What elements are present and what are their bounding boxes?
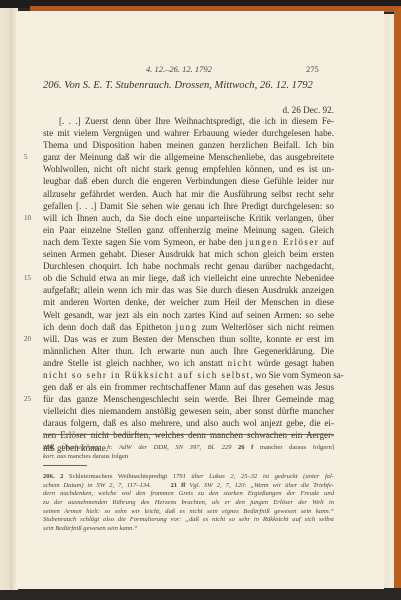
line-text: ich denn doch daß das Epitheton	[43, 322, 176, 332]
line-text: vielleicht dies niemandem anstößig gewes…	[43, 406, 334, 416]
text-line: nen Erlöser nicht bedürften, welches den…	[43, 429, 334, 441]
line-text: gefallen [. . .] Damit Sie sehen wie gen…	[43, 201, 334, 211]
text-line: nach dem Texte sagen Sie vom Symeon, er …	[43, 236, 334, 248]
letter-body: [. . .] Zuerst denn über Ihre Weihnachts…	[43, 115, 334, 454]
apparatus-line-ref: 26 f	[238, 444, 253, 451]
textual-apparatus: 206. Überlieferung: h: AdW der DDR, SN 3…	[43, 444, 334, 461]
line-text: für das ganze Menschengeschlecht sein we…	[43, 394, 334, 404]
text-line: Durchlesen choquirt. Ich habe nochmals r…	[43, 260, 334, 272]
line-text: ste mit vielem Vergnügen und wahrer Erba…	[43, 128, 334, 138]
line-text: auf	[319, 237, 334, 247]
text-line: 10will ich Ihnen auch, da Sie doch eine …	[43, 212, 334, 224]
text-line: männlichen Alter thun. Ich erwarte nun a…	[43, 345, 334, 357]
commentary-divider	[43, 465, 87, 466]
commentary-text: dern nachdenken, welche wol den frommen …	[43, 490, 334, 499]
line-text: ob die Schuld etwa an mir liege, daß ich…	[43, 273, 334, 283]
commentary-text: zu der ausnehmenden Rührung des Herzens …	[43, 499, 334, 508]
book-cover-edge-right	[394, 8, 401, 592]
text-line: allzusehr gefährdet werden. Auch hat mir…	[43, 188, 334, 200]
apparatus-note: manches daraus folgen	[68, 453, 128, 460]
line-text: Wohlwollen, nicht oft nicht stark genug …	[43, 164, 334, 174]
line-number: 10	[24, 212, 31, 224]
line-text: ganz der Meinung daß wir die allgemeine …	[43, 152, 334, 162]
line-text: leugbar daß eben durch die engeren Verbi…	[43, 176, 334, 186]
text-line: gen daß er als ein frommer rechtschaffen…	[43, 381, 334, 393]
emphasized-text: nicht so sehr in Rükksicht auf sich selb…	[43, 370, 251, 380]
text-line: Wohlwollen, nicht oft nicht stark genug …	[43, 163, 334, 175]
line-number: 20	[24, 333, 31, 345]
line-text: , wo Sie vom Symeon sa-	[251, 370, 344, 380]
commentary-line-ref: 21 ff	[171, 482, 186, 489]
text-line: leugbar daß eben durch die engeren Verbi…	[43, 175, 334, 187]
commentary-apparatus: 206. 2 Schleiermachers Weihnachtspredigt…	[43, 473, 334, 534]
text-line: mit anderen Worten denke, der welcher zu…	[43, 296, 334, 308]
line-text: nen Erlöser nicht bedürften, welches den…	[43, 430, 334, 440]
running-head: 4. 12.–26. 12. 1792 275	[16, 64, 384, 76]
text-line: daraus folgern, daß es also mehrere, und…	[43, 417, 334, 429]
text-line: andre Stelle ist gleich nachher, wo ich …	[43, 357, 334, 369]
commentary-text: seinen Armen hielt: so sehn wir leicht, …	[43, 508, 334, 517]
line-text: andre Stelle ist gleich nachher, wo ich …	[43, 358, 228, 368]
text-line: [. . .] Zuerst denn über Ihre Weihnachts…	[43, 115, 334, 127]
line-text: Welt gesandt, war jezt als ein noch zart…	[43, 310, 334, 320]
line-text: nach dem Texte sagen Sie vom Symeon, er …	[43, 237, 245, 247]
line-text: will. Das was er zum Besten der Menschen…	[43, 334, 334, 344]
line-text: will ich Ihnen auch, da Sie doch eine un…	[43, 213, 334, 223]
commentary-line-ref: 2	[60, 473, 63, 480]
text-line: aufgefaßt; allein wenn ich mir das was S…	[43, 284, 334, 296]
text-line: Welt gesandt, war jezt als ein noch zart…	[43, 309, 334, 321]
line-text: allzusehr gefährdet werden. Auch hat mir…	[43, 189, 334, 199]
text-line: 25für das ganze Menschengeschlecht sein …	[43, 393, 334, 405]
text-line: vielleicht dies niemandem anstößig gewes…	[43, 405, 334, 417]
line-text: mit anderen Worten denke, der welcher zu…	[43, 297, 334, 307]
commentary-text: sein Bedürfniß gewesen sein kann.“	[43, 525, 334, 534]
letter-date: d. 26 Dec. 92.	[43, 105, 334, 115]
apparatus-tradition: Überlieferung: h: AdW der DDR, SN 397, B…	[61, 444, 231, 451]
line-text: zum Welterlöser sich nicht reimen	[197, 322, 334, 332]
line-text: ein Paar einzelne Stellen ganz offenherz…	[43, 225, 334, 235]
letter-heading: 206. Von S. E. T. Stubenrauch. Drossen, …	[43, 80, 343, 91]
text-line: ste mit vielem Vergnügen und wahrer Erba…	[43, 127, 334, 139]
emphasized-text: jungen Erlöser	[245, 237, 319, 247]
text-line: 5ganz der Meinung daß wir die allgemeine…	[43, 151, 334, 163]
commentary-letter-number: 206.	[43, 473, 55, 480]
line-text: [. . .] Zuerst denn über Ihre Weihnachts…	[59, 116, 334, 126]
commentary-text: 1791 über Lukas 2, 25–32 ist gedruckt (u…	[173, 473, 334, 480]
text-line: 20will. Das was er zum Besten der Mensch…	[43, 333, 334, 345]
background-bottom	[0, 588, 401, 600]
running-head-dates: 4. 12.–26. 12. 1792	[146, 64, 212, 74]
line-number: 5	[24, 151, 28, 163]
commentary-text: schem Datum) in SW 2, 7, 117–134.	[43, 482, 151, 489]
text-line: 15ob die Schuld etwa an mir liege, daß i…	[43, 272, 334, 284]
line-number: 15	[24, 272, 31, 284]
line-number: 25	[24, 393, 31, 405]
emphasized-text: jung	[176, 322, 198, 332]
commentary-text: Schleiermachers Weihnachtspredigt	[69, 473, 167, 480]
text-line: seinen Armen gehabt. Dieser Ausdrukk hat…	[43, 248, 334, 260]
apparatus-divider	[43, 434, 334, 435]
line-text: daraus folgern, daß es also mehrere, und…	[43, 418, 334, 428]
commentary-text: Stubenrauch schlägt also die Formulierun…	[43, 516, 334, 525]
apparatus-note-label: korr. aus	[43, 453, 66, 460]
line-text: Thema und Disposition haben meinen ganze…	[43, 140, 334, 150]
line-text: würde gesagt haben	[253, 358, 334, 368]
line-text: Durchlesen choquirt. Ich habe nochmals r…	[43, 261, 334, 271]
page-number: 275	[306, 64, 319, 74]
text-line: nicht so sehr in Rükksicht auf sich selb…	[43, 369, 334, 381]
text-line: Thema und Disposition haben meinen ganze…	[43, 139, 334, 151]
commentary-text: Vgl. SW 2, 7, 120: „Wenn wir über die Tr…	[189, 482, 334, 489]
line-text: männlichen Alter thun. Ich erwarte nun a…	[43, 346, 334, 356]
text-line: ich denn doch daß das Epitheton jung zum…	[43, 321, 334, 333]
line-text: seinen Armen gehabt. Dieser Ausdrukk hat…	[43, 249, 334, 259]
text-line: ein Paar einzelne Stellen ganz offenherz…	[43, 224, 334, 236]
book-page: 4. 12.–26. 12. 1792 275 206. Von S. E. T…	[16, 11, 384, 589]
emphasized-text: nicht	[228, 358, 253, 368]
line-text: gen daß er als ein frommer rechtschaffen…	[43, 382, 334, 392]
apparatus-lemma: mancher daraus folgern]	[260, 444, 334, 451]
line-text: aufgefaßt; allein wenn ich mir das was S…	[43, 285, 334, 295]
apparatus-letter-number: 206.	[43, 444, 55, 451]
text-line: gefallen [. . .] Damit Sie sehen wie gen…	[43, 200, 334, 212]
